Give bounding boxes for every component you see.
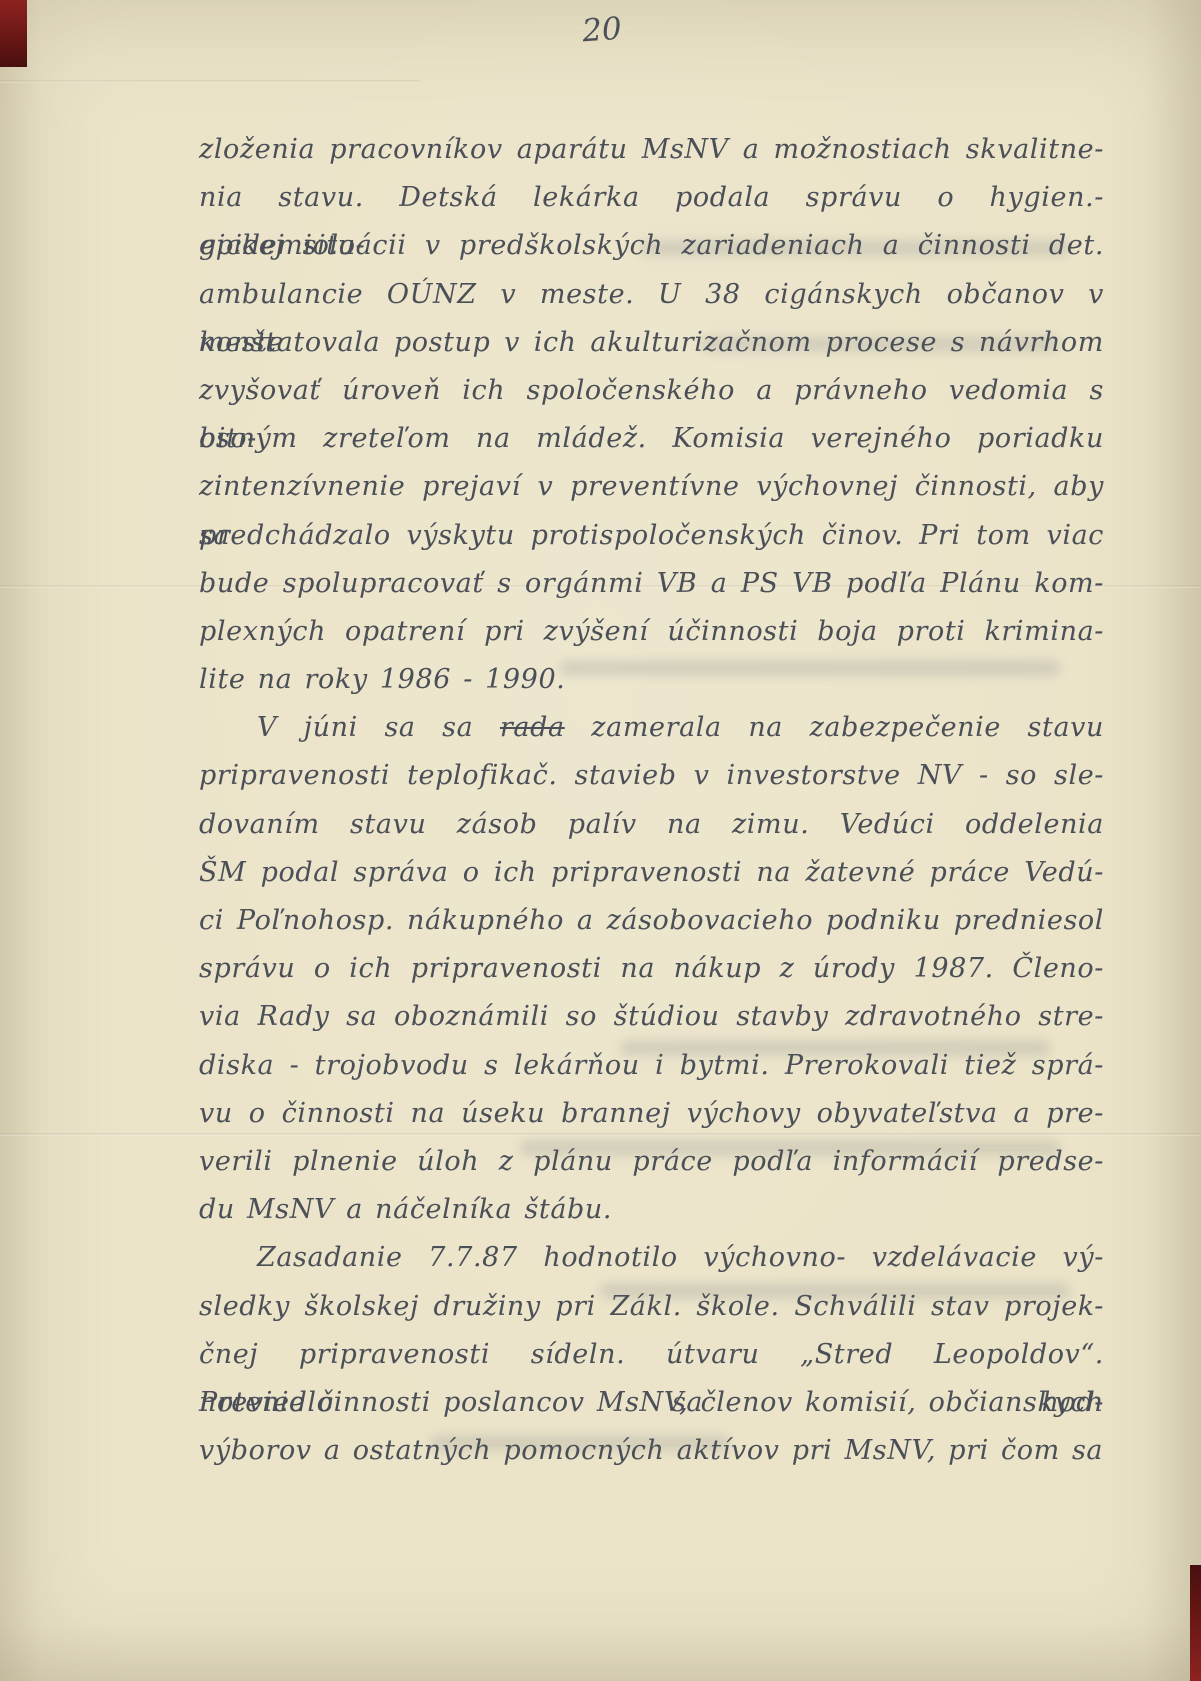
handwritten-line: pripravenosti teplofikač. stavieb v inve… xyxy=(199,752,1104,800)
handwritten-line: diska - trojobvodu s lekárňou i bytmi. P… xyxy=(199,1042,1104,1090)
handwritten-line: predchádzalo výskytu protispoločenských … xyxy=(199,512,1104,560)
book-binding-corner-top-left xyxy=(0,0,27,67)
struck-out-word: rada xyxy=(500,712,565,743)
chronicle-page: 20 zloženia pracovníkov aparátu MsNV a m… xyxy=(0,0,1201,1681)
handwritten-line: plexných opatrení pri zvýšení účinnosti … xyxy=(199,608,1104,656)
handwritten-line: zintenzívnenie prejaví v preventívne výc… xyxy=(199,463,1104,511)
handwritten-line: správu o ich pripravenosti na nákup z úr… xyxy=(199,945,1104,993)
handwritten-line: du MsNV a náčelníka štábu. xyxy=(199,1186,1104,1234)
handwritten-line: verili plnenie úloh z plánu práce podľa … xyxy=(199,1138,1104,1186)
handwritten-line: zloženia pracovníkov aparátu MsNV a možn… xyxy=(199,126,1104,174)
handwritten-line: ci Poľnohosp. nákupného a zásobovacieho … xyxy=(199,897,1104,945)
page-number: 20 xyxy=(551,9,653,52)
handwritten-line: sledky školskej družiny pri Zákl. škole.… xyxy=(199,1283,1104,1331)
handwritten-line: nia stavu. Detská lekárka podala správu … xyxy=(199,174,1104,222)
handwritten-line: gickej situácii v predškolských zariaden… xyxy=(199,222,1104,270)
handwritten-line: lite na roky 1986 - 1990. xyxy=(199,656,1104,704)
handwritten-line: bitným zreteľom na mládež. Komisia verej… xyxy=(199,415,1104,463)
book-binding-corner-bottom-right xyxy=(1190,1565,1201,1681)
handwritten-line: dovaním stavu zásob palív na zimu. Vedúc… xyxy=(199,801,1104,849)
handwritten-line: ambulancie OÚNZ v meste. U 38 cigánskych… xyxy=(199,271,1104,319)
handwritten-line: vu o činnosti na úseku brannej výchovy o… xyxy=(199,1090,1104,1138)
handwritten-line: V júni sa sa rada zamerala na zabezpečen… xyxy=(199,704,1104,752)
handwritten-line: výborov a ostatných pomocných aktívov pr… xyxy=(199,1427,1104,1475)
handwritten-line: bude spolupracovať s orgánmi VB a PS VB … xyxy=(199,560,1104,608)
handwritten-line: via Rady sa oboznámili so štúdiou stavby… xyxy=(199,993,1104,1041)
handwritten-line: Zasadanie 7.7.87 hodnotilo výchovno- vzd… xyxy=(199,1234,1104,1282)
handwritten-text-block: zloženia pracovníkov aparátu MsNV a možn… xyxy=(199,126,1104,1475)
handwritten-line: konštatovala postup v ich akulturizačnom… xyxy=(199,319,1104,367)
handwritten-line: ŠM podal správa o ich pripravenosti na ž… xyxy=(199,849,1104,897)
handwritten-line: čnej pripravenosti sídeln. útvaru „Stred… xyxy=(199,1331,1104,1379)
handwritten-line: zvyšovať úroveň ich spoločenského a práv… xyxy=(199,367,1104,415)
paper-crease xyxy=(0,80,420,83)
handwritten-line: notenie činnosti poslancov MsNV, členov … xyxy=(199,1379,1104,1427)
